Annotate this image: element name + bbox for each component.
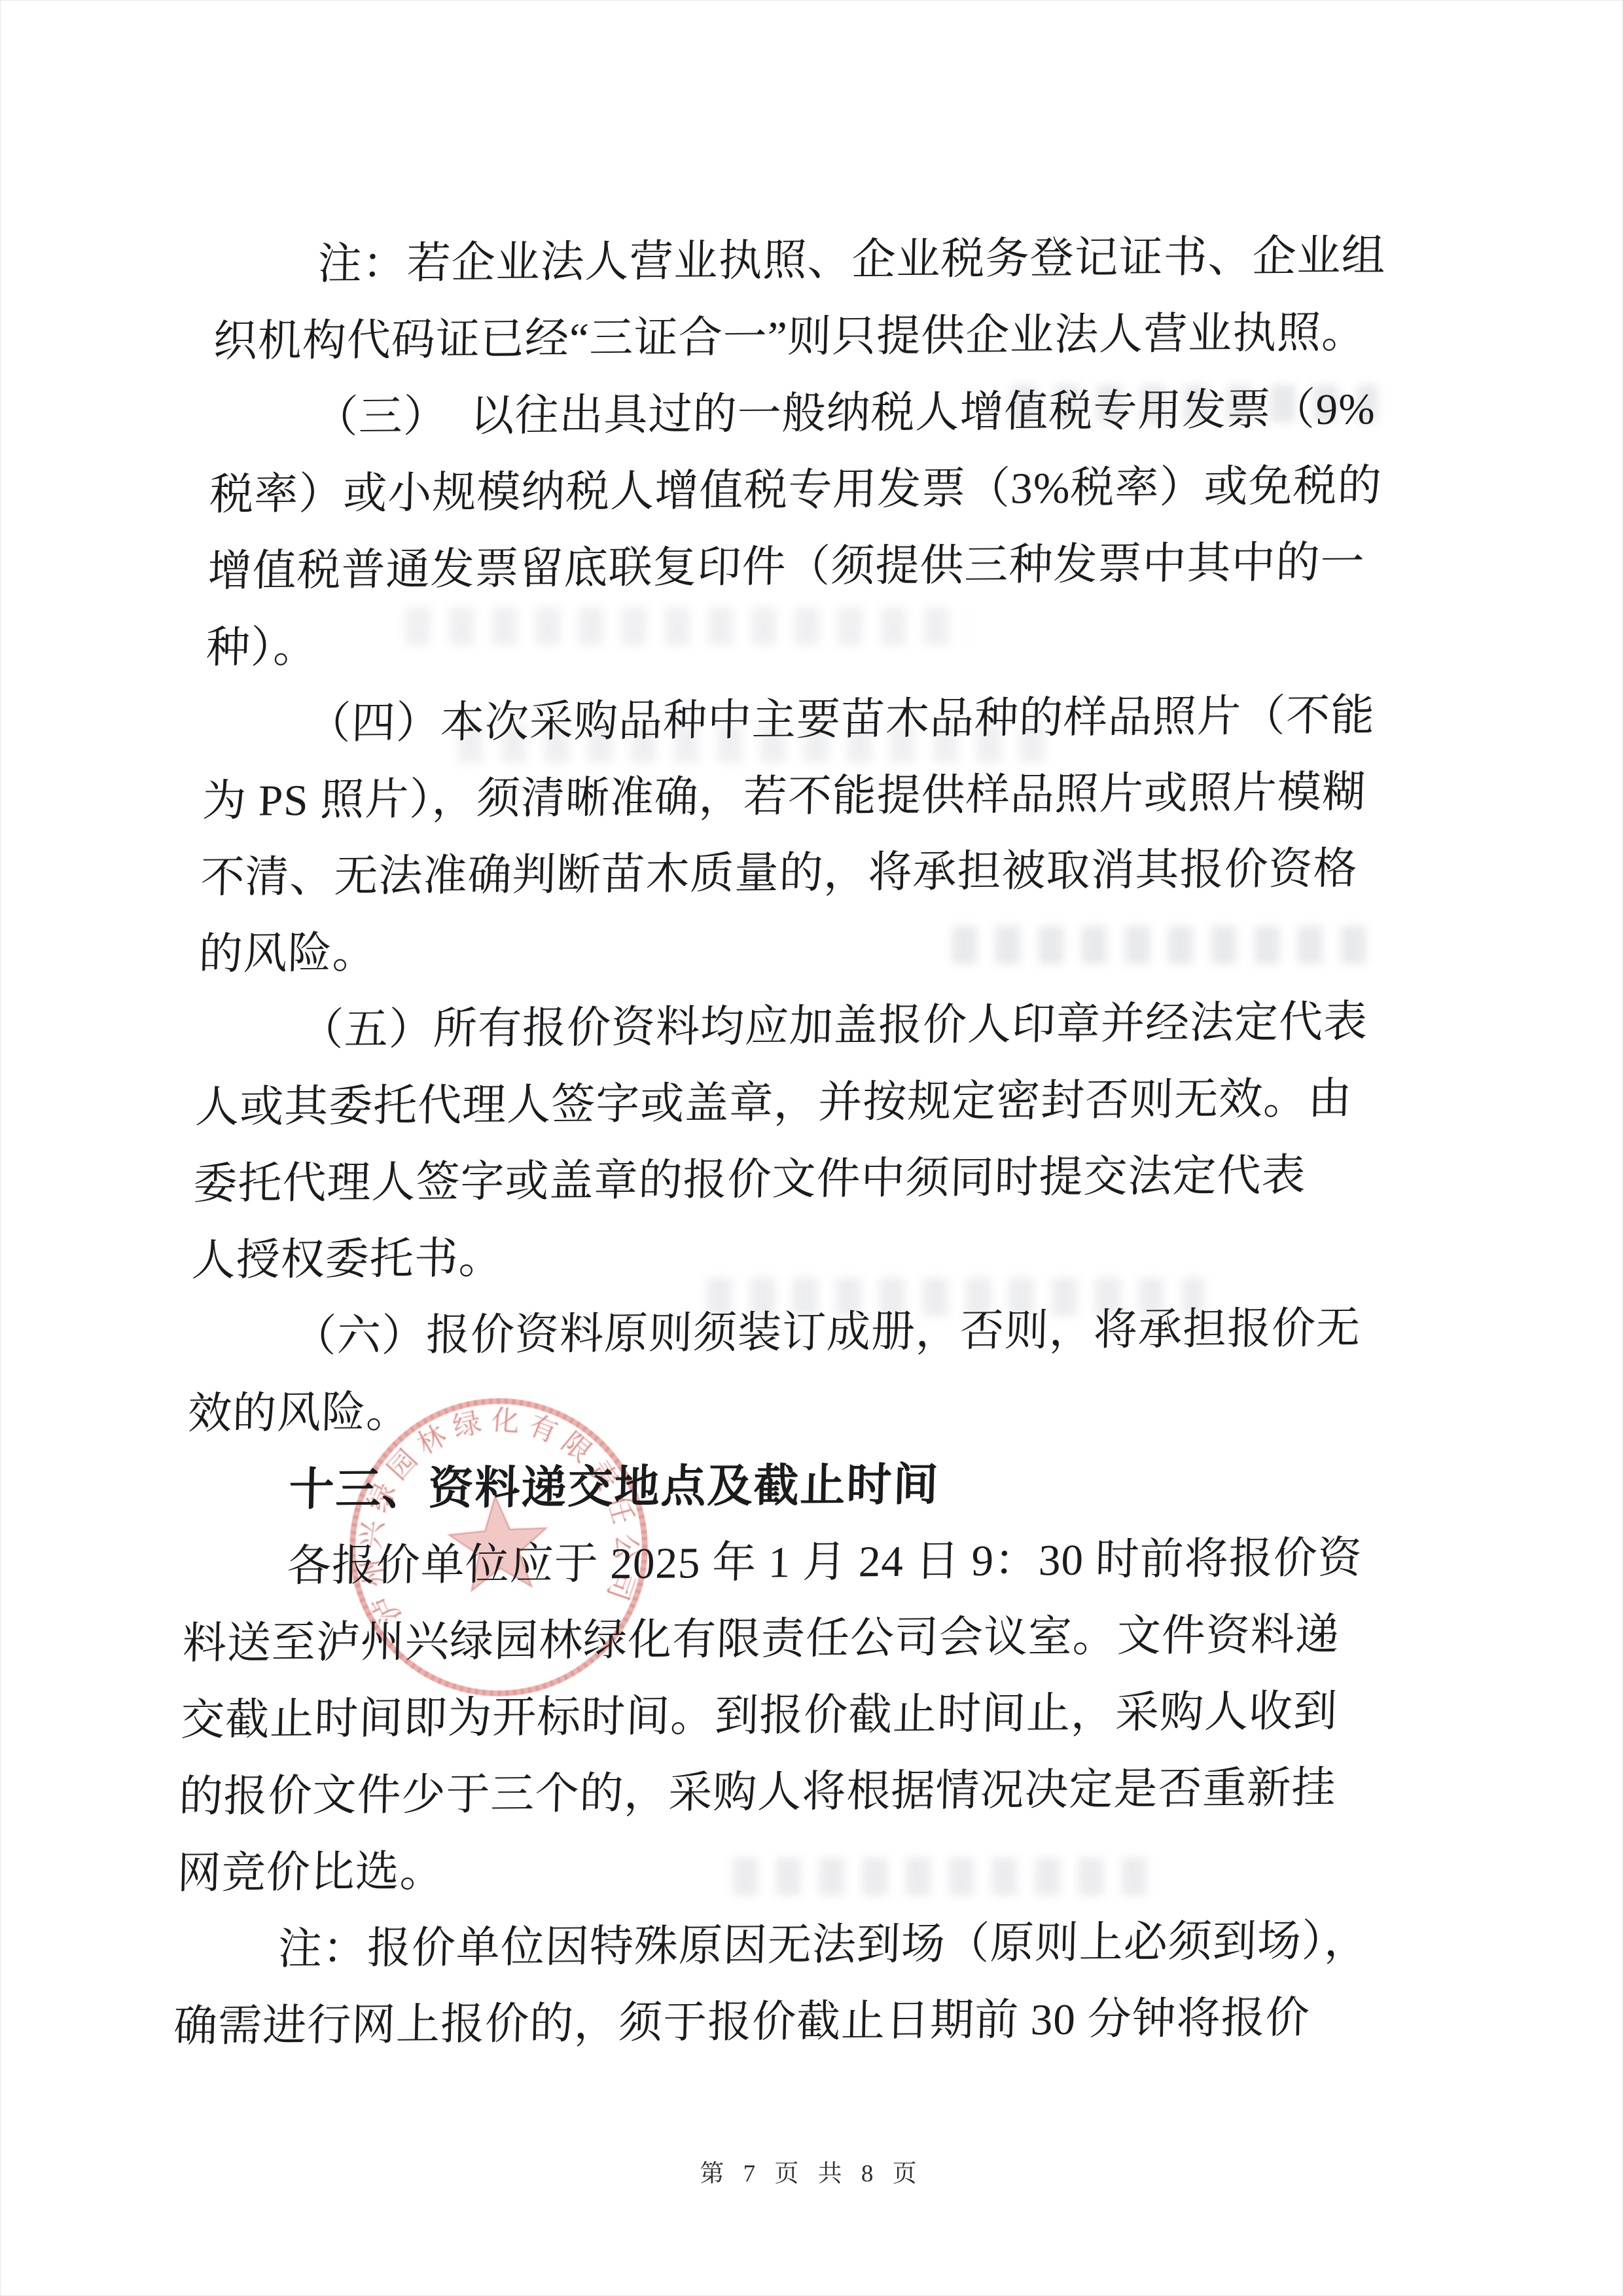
text-line: 网竞价比选。 <box>176 1826 1363 1912</box>
text-line: 人授权委托书。 <box>190 1213 1377 1299</box>
text-line: 的风险。 <box>198 907 1384 993</box>
text-line: （五）所有报价资料均应加盖报价人印章并经法定代表 <box>196 984 1383 1069</box>
document-page: 泸州兴绿园林绿化有限责任公司 注：若企业法人营业执照、企业税务登记证书、企业组织… <box>0 0 1623 2296</box>
text-line: 效的风险。 <box>187 1367 1374 1452</box>
page-footer: 第 7 页 共 8 页 <box>0 2153 1623 2189</box>
text-line: 税率）或小规模纳税人增值税专用发票（3%税率）或免税的 <box>209 448 1395 533</box>
text-line: 委托代理人签字或盖章的报价文件中须同时提交法定代表 <box>192 1137 1379 1223</box>
text-line: 交截止时间即为开标时间。到报价截止时间止，采购人收到 <box>180 1673 1366 1759</box>
text-line: 的报价文件少于三个的，采购人将根据情况决定是否重新挂 <box>178 1749 1364 1835</box>
section-heading: 十三、资料递交地点及截止时间 <box>185 1443 1372 1529</box>
text-line: 注：若企业法人营业执照、企业税务登记证书、企业组 <box>214 218 1400 304</box>
text-line: （六）报价资料原则须装订成册，否则，将承担报价无 <box>189 1290 1376 1376</box>
text-line: 料送至泸州兴绿园林绿化有限责任公司会议室。文件资料递 <box>182 1596 1368 1682</box>
text-line: （三） 以往出具过的一般纳税人增值税专用发票（9% <box>211 371 1397 457</box>
text-line: 织机构代码证已经“三证合一”则只提供企业法人营业执照。 <box>212 295 1399 380</box>
text-line: （四）本次采购品种中主要苗木品种的样品照片（不能 <box>204 677 1390 763</box>
document-body: 注：若企业法人营业执照、企业税务登记证书、企业组织机构代码证已经“三证合一”则只… <box>173 218 1400 2066</box>
text-line: 人或其委托代理人签字或盖章，并按规定密封否则无效。由 <box>194 1060 1381 1146</box>
text-line: 确需进行网上报价的，须于报价截止日期前 30 分钟将报价 <box>173 1979 1359 2065</box>
text-line: 不清、无法准确判断苗木质量的，将承担被取消其报价资格 <box>200 831 1386 916</box>
text-line: 为 PS 照片），须清晰准确，若不能提供样品照片或照片模糊 <box>202 754 1388 840</box>
text-line: 注：报价单位因特殊原因无法到场（原则上必须到场）， <box>175 1903 1361 1988</box>
text-line: 种）。 <box>205 601 1391 687</box>
text-line: 增值税普通发票留底联复印件（须提供三种发票中其中的一 <box>207 524 1393 610</box>
text-line: 各报价单位应于 2025 年 1 月 24 日 9：30 时前将报价资 <box>183 1520 1370 1605</box>
